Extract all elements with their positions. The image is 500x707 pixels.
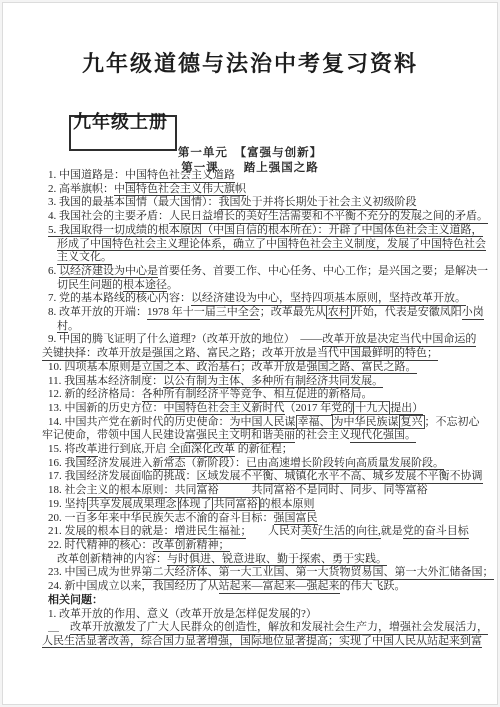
unit-heading: 第一单元 【富强与创新】 <box>3 146 497 161</box>
underlined-text: 美好生活的向往, <box>301 525 381 539</box>
text-segment: 。 <box>167 279 178 291</box>
text-segment: ；改革最先从 <box>260 306 326 318</box>
underlined-text: 强国富民 <box>274 512 318 526</box>
underlined-text: 1978 年十一届三中全会 <box>147 306 260 320</box>
underlined-text: 体现了 <box>179 498 212 512</box>
text-line: ＿ 改革开放激发了广大人民群众的创造性，解放和发展社会生产力，增强社会发展活力， <box>48 621 493 635</box>
text-line: 7. 党的基本路线的核心内容：以经济建设为中心，坚持四项基本原则，坚持改革开放。 <box>48 292 493 306</box>
text-segment: 6. <box>48 265 59 277</box>
underlined-text: 站起来—富起来—强起来 <box>219 580 340 594</box>
underlined-text: 小岗 <box>462 306 484 320</box>
underlined-text: 的根本原则 <box>260 498 315 512</box>
text-segment: 19. 坚持 <box>48 498 87 510</box>
text-segment: 2. 高举旗帜： <box>48 183 114 195</box>
underlined-text: 形成了中国特色社会主义理论体系，确立了中国特色社会主义制度，发展了中国特色社会 <box>57 238 486 252</box>
text-segment: 20. 一百多年来中华民族矢志不渝的奋斗目标： <box>48 512 274 524</box>
text-line: 4. 我国社会的主要矛盾：人民日益增长的美好生活需要和不平衡不充分的发展之间的矛… <box>48 210 493 224</box>
text-line: 主义文化。 <box>57 251 493 265</box>
boxed-text: 共同富裕 <box>212 497 260 511</box>
text-line: 人民生活显著改善，综合国力显著增强，国际地位显著提高；实现了中国人民从站起来到富 <box>42 635 493 649</box>
text-segment: 开始，代表是安徽凤阳 <box>352 306 462 318</box>
text-segment: 13. 中国新的历史方位： <box>48 402 164 414</box>
text-line: 19. 坚持共享发展成果理念体现了共同富裕的根本原则 <box>48 498 493 512</box>
boxed-text: 幸福、 <box>296 415 333 429</box>
text-segment: 。 <box>68 320 79 332</box>
underlined-text: 富强民主文明和谐美丽 <box>185 429 295 443</box>
text-segment: 17. 我国经济发展面临的挑战： <box>48 470 197 482</box>
text-segment: 12. 新的经济格局： <box>48 388 142 400</box>
underlined-text: 主义文化。 <box>57 251 112 265</box>
text-line: 8. 改革开放的开端：1978 年十一届三中全会；改革最先从农村开始，代表是安徽… <box>48 306 493 320</box>
text-line: 5. 我国取得一切成绩的根本原因（中国自信的根本所在）：开辟了中国体色社会主义道… <box>48 224 493 238</box>
text-line: 牢记使命，带领中国人民建设富强民主文明和谐美丽的社会主义现代化强国。 <box>42 429 493 443</box>
text-line: 村。 <box>57 320 493 334</box>
body-text: 1. 中国道路是：中国特色社会主义道路2. 高举旗帜：中国特色社会主义伟大旗帜3… <box>48 169 493 649</box>
text-segment: 1. 中国道路是： <box>48 169 125 181</box>
text-segment: 16. 我国经济发展进入 <box>48 457 153 469</box>
text-line: 3. 我国的最基本国情（最大国情）：我国处于并将长期处于社会主义初级阶段 <box>48 196 493 210</box>
text-line: 形成了中国特色社会主义理论体系，确立了中国特色社会主义制度，发展了中国特色社会 <box>57 238 493 252</box>
boxed-text: 共享发展成果理念 <box>87 497 179 511</box>
text-line: 14. 中国共产党在新时代的历史使命：为中国人民谋幸福、为中华民族谋复兴；不忘初… <box>48 416 493 430</box>
underlined-text: 改革 <box>76 443 98 457</box>
underlined-text: 人民日益增长的美好生活需要和不平衡不充分的发展之间的矛盾。 <box>169 210 488 224</box>
text-line: 13. 中国新的历史方位：中国特色社会主义新时代（2017 年党的十九大提出） <box>48 402 493 416</box>
text-line: 1. 改革开放的作用、意义（改革开放是怎样促发展的?） <box>48 608 493 622</box>
text-segment: （新阶段）： <box>186 457 247 469</box>
text-segment: 24. 新中国成立以来，我国经历了从 <box>48 580 219 592</box>
underlined-text: 共同富裕 <box>175 484 219 498</box>
text-segment: 8. 改革开放的开端： <box>48 306 147 318</box>
document-page: 九年级道德与法治中考复习资料 九年级上册 第一单元 【富强与创新】 第一课 踏上… <box>3 3 497 704</box>
text-line: 21. 发展的根本目的就是：增进民生福祉； 人民对美好生活的向往,就是党的奋斗目… <box>48 525 493 539</box>
text-segment: （2017 年 <box>285 402 332 414</box>
text-segment: 4. 我国社会的主要矛盾： <box>48 210 169 222</box>
text-segment: 切民生问题的 <box>57 279 123 291</box>
text-segment: 7. 党的基本路线的核心内容： <box>48 292 191 304</box>
underlined-text: 党的奋斗目标 <box>403 525 469 539</box>
underlined-text: 中国特色社会主义道路 <box>125 169 235 183</box>
underlined-text: 新常态 <box>153 457 186 471</box>
text-segment: 22. 时代精神的核心： <box>48 539 153 551</box>
text-segment: 10. 四项基本原则是 <box>48 361 142 373</box>
text-line: 切民生问题的根本途径。 <box>57 279 493 293</box>
bold-text: 相关问题： <box>48 594 103 606</box>
text-segment: 改革创新精神的内容： <box>57 553 167 565</box>
text-line: 12. 新的经济格局：各种所有制经济平等竞争、相互促进的新格局。 <box>48 388 493 402</box>
text-segment: 的伟大飞跃。 <box>340 580 406 592</box>
text-segment: 11. 我国基本经济制度： <box>48 375 163 387</box>
text-segment: 21. <box>48 525 65 537</box>
text-segment: 18. 社会主义的根本原则： <box>48 484 175 496</box>
document-title: 九年级道德与法治中考复习资料 <box>3 47 497 78</box>
text-segment: 23. 中国已成为世界 <box>48 566 142 578</box>
text-line: 9. 中国的腾飞证明了什么道理?（改革开放的地位） ——改革开放是决定当代中国命… <box>48 333 493 347</box>
text-segment: 首要任务、首要工作、中心任务、中心工作；是兴国之要；是解决一 <box>158 265 488 277</box>
underlined-text: 各种所有制经济平等竞争、相互促进的新格局。 <box>142 388 373 402</box>
text-line: 22. 时代精神的核心：改革创新精神； <box>48 539 493 553</box>
underlined-text: 现代化强国。 <box>350 429 416 443</box>
text-segment: 9. 中国的腾飞证明了什么道理?（改革开放的地位） —— <box>48 333 322 345</box>
underlined-text: 改革创新精神； <box>153 539 230 553</box>
underlined-text: 以经济建设为中心是 <box>59 265 158 279</box>
underlined-text: 第二大经济体、第一大工业国、第一大货物贸易国、第一大外汇储备国； <box>142 566 494 580</box>
text-line: 1. 中国道路是：中国特色社会主义道路 <box>48 169 493 183</box>
text-line: 10. 四项基本原则是立国之本、政治基石；改革开放是强国之路、富民之路。 <box>48 361 493 375</box>
underlined-text: 根本途径 <box>123 279 167 293</box>
text-line: 改革创新精神的内容：与时俱进、锐意进取、勤于探索、勇于实践。 <box>57 553 493 567</box>
text-line: 15. 将改革进行到底,开启 全面深化改革 的新征程； <box>48 443 493 457</box>
text-line: 11. 我国基本经济制度：以公有制为主体、多种所有制经济共同发展。 <box>48 375 493 389</box>
text-segment: 1. 改革开放的作用、意义（改革开放是怎样促发展的?） <box>48 608 317 620</box>
underlined-text: 中国特色社会主义新时代 <box>164 402 285 416</box>
text-line: 关键抉择：改革开放是强国之路、富民之路；改革开放是当代中国最鲜明的特色； <box>42 347 493 361</box>
underlined-text: 以经济建设为中心，坚持四项基本原则，坚持改革开放。 <box>191 292 466 306</box>
underlined-text: 与时俱进、锐意进取、勤于探索、勇于实践。 <box>167 553 387 567</box>
text-segment: 15. 将 <box>48 443 76 455</box>
boxed-text: 复兴 <box>399 415 425 429</box>
grade-book-label: 九年级上册 <box>73 108 175 134</box>
underlined-text: 全面深化改革 <box>169 443 235 457</box>
underlined-text: 发展的根本目的就是：增进民生福祉； <box>65 525 247 539</box>
text-segment: 14. 中国共产党在新时代的历史使命： <box>48 416 230 428</box>
text-line: 23. 中国已成为世界第二大经济体、第一大工业国、第一大货物贸易国、第一大外汇储… <box>48 566 493 580</box>
text-line: 17. 我国经济发展面临的挑战：区域发展不平衡、城镇化水平不高、城乡发展不平衡不… <box>48 470 493 484</box>
underlined-text: 立国之本、政治基石 <box>142 361 241 375</box>
text-line: 18. 社会主义的根本原则：共同富裕 共同富裕不是同时、同步、同等富裕 <box>48 484 493 498</box>
underlined-text: 5. 我国取得一切成绩的根本原因（中国自信的根本所在）：开辟了中国体色社会主义道… <box>48 224 483 238</box>
text-line: 16. 我国经济发展进入新常态（新阶段）：已由高速增长阶段转向高质量发展阶段。 <box>48 457 493 471</box>
text-segment: 就是 <box>381 525 403 537</box>
text-segment: ；不忘初心 <box>425 416 480 428</box>
text-segment: ＿ <box>48 621 70 633</box>
underlined-text: 为中华民族谋 <box>333 416 399 430</box>
boxed-text: 十九大 <box>353 401 390 415</box>
text-segment: 共同富裕不是同时、同步、同等富裕 <box>219 484 428 496</box>
text-segment: 人民对 <box>246 525 301 537</box>
underlined-text: 为中国人民谋 <box>230 416 296 430</box>
underlined-text: 改革开放激发了广大人民群众的创造性，解放和发展社会生产力，增强社会发展活力， <box>70 621 488 635</box>
underlined-text: 关键抉择：改革开放是强国之路、富民之路；改革开放是当代中国最鲜明的特色； <box>42 347 438 361</box>
underlined-text: 中国特色社会主义伟大旗帜 <box>114 183 246 197</box>
underlined-text: 人民生活显著改善，综合国力显著增强，国际地位显著提高；实现了中国人民从站起来到富 <box>42 635 482 649</box>
text-segment: 进行到底,开启 <box>98 443 170 455</box>
underlined-text: 党的 <box>331 402 353 416</box>
text-segment: 的新征程； <box>235 443 293 455</box>
underlined-text: 提出） <box>390 402 423 416</box>
text-segment: 的社会主义 <box>295 429 350 441</box>
underlined-text: 村 <box>57 320 68 334</box>
underlined-text: 我国处于并将长期处于社会主义初级阶段 <box>219 196 417 210</box>
text-line: 20. 一百多年来中华民族矢志不渝的奋斗目标：强国富民 <box>48 512 493 526</box>
text-line: 6. 以经济建设为中心是首要任务、首要工作、中心任务、中心工作；是兴国之要；是解… <box>48 265 493 279</box>
text-segment: 3. 我国的最基本国情（最大国情）： <box>48 196 219 208</box>
underlined-text: 区域发展不平衡、城镇化水平不高、城乡发展不平衡不协调 <box>197 470 483 484</box>
underlined-text: 以公有制为主体、多种所有制经济共同发展。 <box>163 375 383 389</box>
text-line: 24. 新中国成立以来，我国经历了从站起来—富起来—强起来的伟大飞跃。 <box>48 580 493 594</box>
text-line: 相关问题： <box>48 594 493 608</box>
text-segment: ；改革开放是 <box>241 361 307 373</box>
text-line: 2. 高举旗帜：中国特色社会主义伟大旗帜 <box>48 183 493 197</box>
boxed-text: 农村 <box>326 305 352 319</box>
underlined-text: 改革开放是决定当代中国命运的 <box>322 333 476 347</box>
text-segment: 牢记使命，带领中国人民建设 <box>42 429 185 441</box>
underlined-text: 强国之路、富民之路。 <box>307 361 417 375</box>
underlined-text: 已由高速增长阶段转向高质量发展阶段。 <box>246 457 444 471</box>
